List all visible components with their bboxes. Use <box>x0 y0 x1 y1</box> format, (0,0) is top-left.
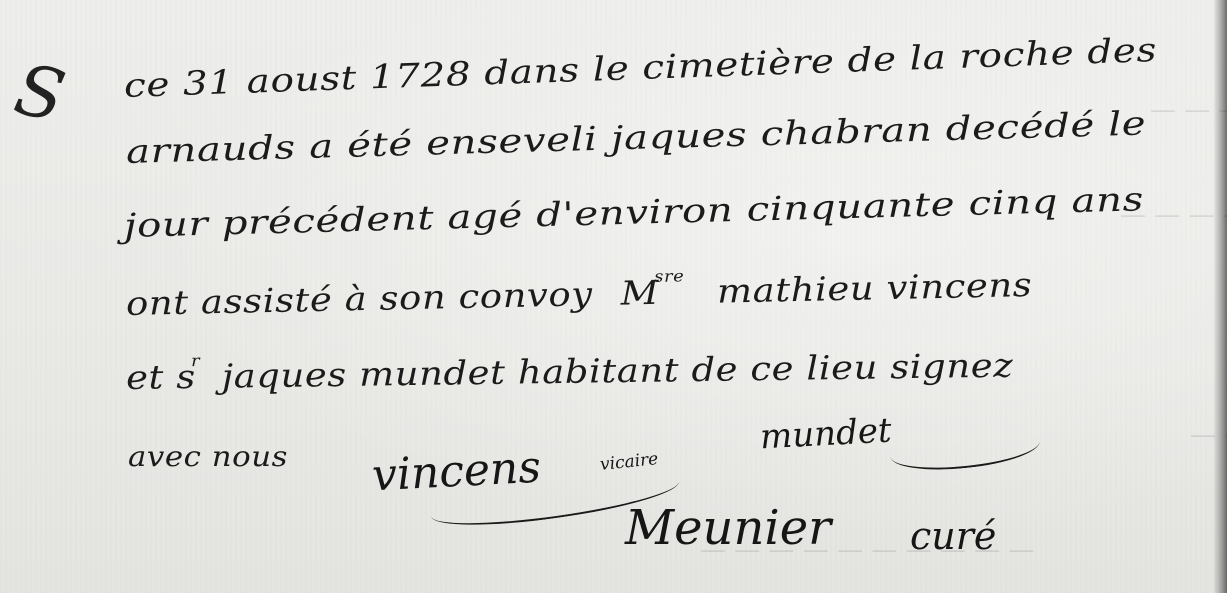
margin-sepulture-mark: S <box>9 54 70 132</box>
title-abbrev: Msre <box>620 272 685 312</box>
record-line-2: arnauds a été enseveli jaques chabran de… <box>125 104 1146 171</box>
record-line-4: ont assisté à son convoy Msre mathieu vi… <box>126 259 1033 323</box>
page-edge-shadow <box>1213 0 1227 593</box>
witness-name-vincens: mathieu vincens <box>717 265 1033 311</box>
record-line-5: et sr jaques mundet habitant de ce lieu … <box>126 340 1014 397</box>
line4-text: ont assisté à son convoy <box>126 274 593 323</box>
signature-cure-title: curé <box>910 514 996 558</box>
signature-mundet: mundet <box>759 411 893 458</box>
signature-flourish <box>888 422 1041 475</box>
signature-meunier: Meunier <box>625 500 831 556</box>
record-line-1: ce 31 aoust 1728 dans le cimetière de la… <box>123 30 1157 105</box>
record-line-3: jour précédent agé d'environ cinquante c… <box>123 179 1144 245</box>
scanned-register-page: — — — — — — — — — — — — — — — — — — — — … <box>0 0 1227 593</box>
signature-vicaire-title: vicaire <box>599 449 659 475</box>
record-line-6: avec nous <box>128 440 288 473</box>
